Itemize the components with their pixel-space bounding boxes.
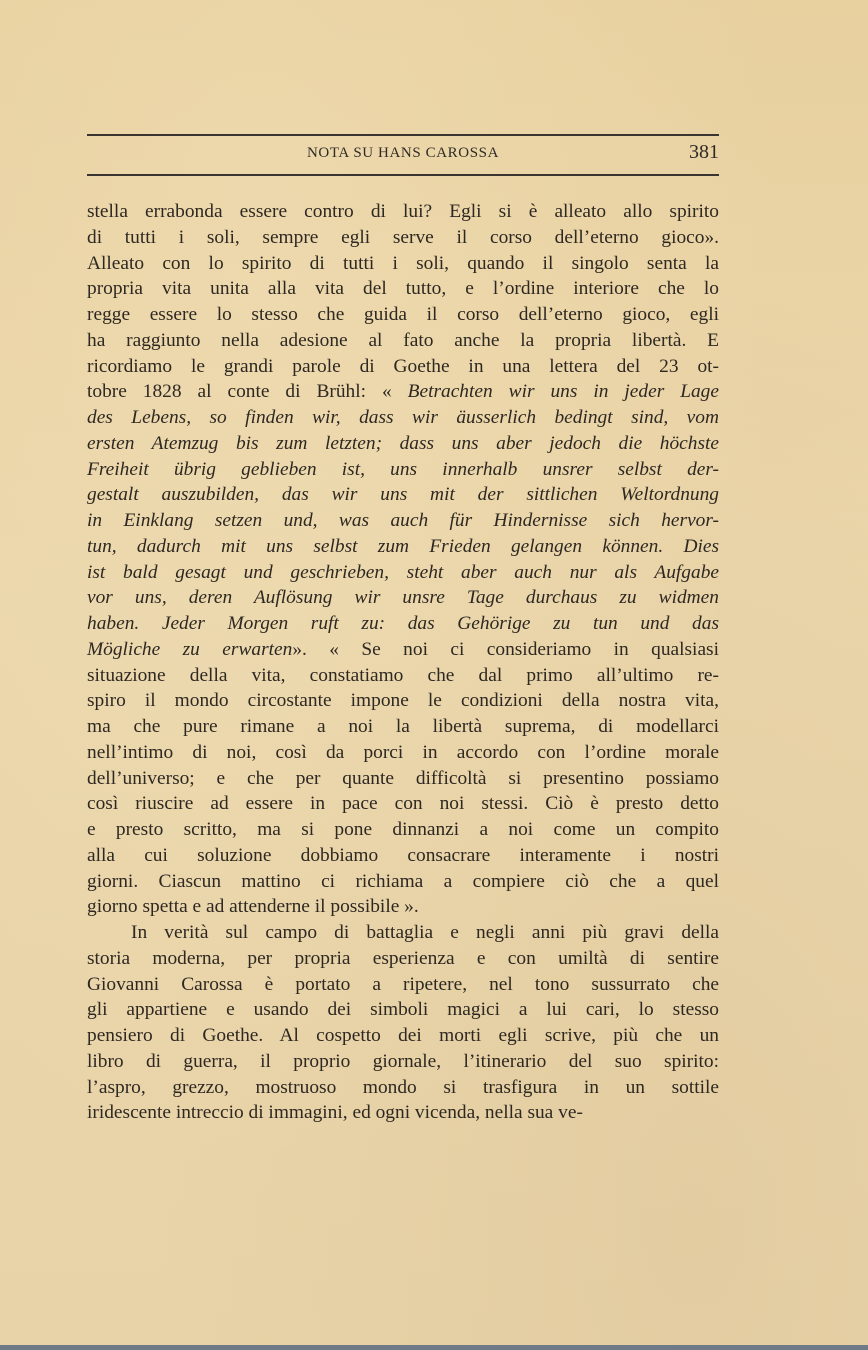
text-span: storia moderna, per propria esperienza e… bbox=[87, 948, 719, 969]
text-line: gli appartiene e usando dei simboli magi… bbox=[87, 997, 719, 1023]
text-line: ha raggiunto nella adesione al fato anch… bbox=[87, 328, 719, 354]
text-line: di tutti i soli, sempre egli serve il co… bbox=[87, 225, 719, 251]
italic-quote-span: in Einklang setzen und, was auch für Hin… bbox=[87, 510, 719, 531]
text-line: ersten Atemzug bis zum letzten; dass uns… bbox=[87, 431, 719, 457]
text-span: e presto scritto, ma si pone dinnanzi a … bbox=[87, 819, 719, 840]
text-line: ist bald gesagt und geschrieben, steht a… bbox=[87, 560, 719, 586]
running-title: NOTA SU HANS CAROSSA bbox=[87, 145, 719, 162]
text-span: dell’universo; e che per quante difficol… bbox=[87, 768, 719, 789]
text-line: des Lebens, so finden wir, dass wir äuss… bbox=[87, 405, 719, 431]
italic-quote-span: Mögliche zu erwarten bbox=[87, 639, 292, 660]
text-line: storia moderna, per propria esperienza e… bbox=[87, 946, 719, 972]
text-line: stella errabonda essere contro di lui? E… bbox=[87, 199, 719, 225]
text-line: pensiero di Goethe. Al cospetto dei mort… bbox=[87, 1023, 719, 1049]
italic-quote-span: vor uns, deren Auflösung wir unsre Tage … bbox=[87, 587, 719, 608]
text-line: e presto scritto, ma si pone dinnanzi a … bbox=[87, 817, 719, 843]
text-span: ricordiamo le grandi parole di Goethe in… bbox=[87, 356, 719, 377]
text-span: situazione della vita, constatiamo che d… bbox=[87, 665, 719, 686]
text-span: ha raggiunto nella adesione al fato anch… bbox=[87, 330, 719, 351]
italic-quote-span: haben. Jeder Morgen ruft zu: das Gehörig… bbox=[87, 613, 719, 634]
text-line: in Einklang setzen und, was auch für Hin… bbox=[87, 508, 719, 534]
text-line: situazione della vita, constatiamo che d… bbox=[87, 663, 719, 689]
text-line: In verità sul campo di battaglia e negli… bbox=[87, 920, 719, 946]
text-line: ma che pure rimane a noi la libertà supr… bbox=[87, 714, 719, 740]
text-line: giorni. Ciascun mattino ci richiama a co… bbox=[87, 869, 719, 895]
text-span: nell’intimo di noi, così da porci in acc… bbox=[87, 742, 719, 763]
text-line: così riuscire ad essere in pace con noi … bbox=[87, 791, 719, 817]
text-line: Freiheit übrig geblieben ist, uns innerh… bbox=[87, 457, 719, 483]
text-line: spiro il mondo circostante impone le con… bbox=[87, 688, 719, 714]
italic-quote-span: tun, dadurch mit uns selbst zum Frieden … bbox=[87, 536, 719, 557]
text-line: ricordiamo le grandi parole di Goethe in… bbox=[87, 354, 719, 380]
text-line: l’aspro, grezzo, mostruoso mondo si tras… bbox=[87, 1075, 719, 1101]
text-line: regge essere lo stesso che guida il cors… bbox=[87, 302, 719, 328]
text-span: ma che pure rimane a noi la libertà supr… bbox=[87, 716, 719, 737]
text-span: così riuscire ad essere in pace con noi … bbox=[87, 793, 719, 814]
text-line: vor uns, deren Auflösung wir unsre Tage … bbox=[87, 585, 719, 611]
text-span: Giovanni Carossa è portato a ripetere, n… bbox=[87, 974, 719, 995]
italic-quote-span: Betrachten wir uns in jeder Lage bbox=[408, 381, 719, 402]
text-span: propria vita unita alla vita del tutto, … bbox=[87, 278, 719, 299]
book-page: NOTA SU HANS CAROSSA 381 stella errabond… bbox=[0, 0, 868, 1350]
paragraph: In verità sul campo di battaglia e negli… bbox=[87, 920, 719, 1126]
text-span: In verità sul campo di battaglia e negli… bbox=[131, 922, 719, 943]
text-span: giorno spetta e ad attenderne il possibi… bbox=[87, 896, 419, 917]
text-line: tobre 1828 al conte di Brühl: « Betracht… bbox=[87, 379, 719, 405]
italic-quote-span: des Lebens, so finden wir, dass wir äuss… bbox=[87, 407, 719, 428]
italic-quote-span: Freiheit übrig geblieben ist, uns innerh… bbox=[87, 459, 719, 480]
text-line: gestalt auszubilden, das wir uns mit der… bbox=[87, 482, 719, 508]
text-line: Mögliche zu erwarten». « Se noi ci consi… bbox=[87, 637, 719, 663]
text-span: Alleato con lo spirito di tutti i soli, … bbox=[87, 253, 719, 274]
text-line: iridescente intreccio di immagini, ed og… bbox=[87, 1100, 719, 1126]
text-line: dell’universo; e che per quante difficol… bbox=[87, 766, 719, 792]
text-span: spiro il mondo circostante impone le con… bbox=[87, 690, 719, 711]
text-span: libro di guerra, il proprio giornale, l’… bbox=[87, 1051, 719, 1072]
text-span: di tutti i soli, sempre egli serve il co… bbox=[87, 227, 719, 248]
text-line: Alleato con lo spirito di tutti i soli, … bbox=[87, 251, 719, 277]
text-line: nell’intimo di noi, così da porci in acc… bbox=[87, 740, 719, 766]
text-span: alla cui soluzione dobbiamo consacrare i… bbox=[87, 845, 719, 866]
text-span: pensiero di Goethe. Al cospetto dei mort… bbox=[87, 1025, 719, 1046]
text-span: ». « Se noi ci consideriamo in qualsiasi bbox=[292, 639, 719, 660]
page-number: 381 bbox=[689, 141, 719, 164]
text-line: propria vita unita alla vita del tutto, … bbox=[87, 276, 719, 302]
text-line: libro di guerra, il proprio giornale, l’… bbox=[87, 1049, 719, 1075]
text-line: giorno spetta e ad attenderne il possibi… bbox=[87, 894, 719, 920]
text-span: regge essere lo stesso che guida il cors… bbox=[87, 304, 719, 325]
text-span: gli appartiene e usando dei simboli magi… bbox=[87, 999, 719, 1020]
text-span: l’aspro, grezzo, mostruoso mondo si tras… bbox=[87, 1077, 719, 1098]
paragraph: stella errabonda essere contro di lui? E… bbox=[87, 199, 719, 920]
italic-quote-span: ersten Atemzug bis zum letzten; dass uns… bbox=[87, 433, 719, 454]
text-line: tun, dadurch mit uns selbst zum Frieden … bbox=[87, 534, 719, 560]
text-line: alla cui soluzione dobbiamo consacrare i… bbox=[87, 843, 719, 869]
body-text: stella errabonda essere contro di lui? E… bbox=[87, 199, 719, 1126]
text-span: iridescente intreccio di immagini, ed og… bbox=[87, 1102, 583, 1123]
text-line: Giovanni Carossa è portato a ripetere, n… bbox=[87, 972, 719, 998]
text-line: haben. Jeder Morgen ruft zu: das Gehörig… bbox=[87, 611, 719, 637]
italic-quote-span: gestalt auszubilden, das wir uns mit der… bbox=[87, 484, 719, 505]
running-header: NOTA SU HANS CAROSSA 381 bbox=[87, 134, 719, 176]
text-span: tobre 1828 al conte di Brühl: « bbox=[87, 381, 408, 402]
italic-quote-span: ist bald gesagt und geschrieben, steht a… bbox=[87, 562, 719, 583]
text-span: giorni. Ciascun mattino ci richiama a co… bbox=[87, 871, 719, 892]
text-span: stella errabonda essere contro di lui? E… bbox=[87, 201, 719, 222]
